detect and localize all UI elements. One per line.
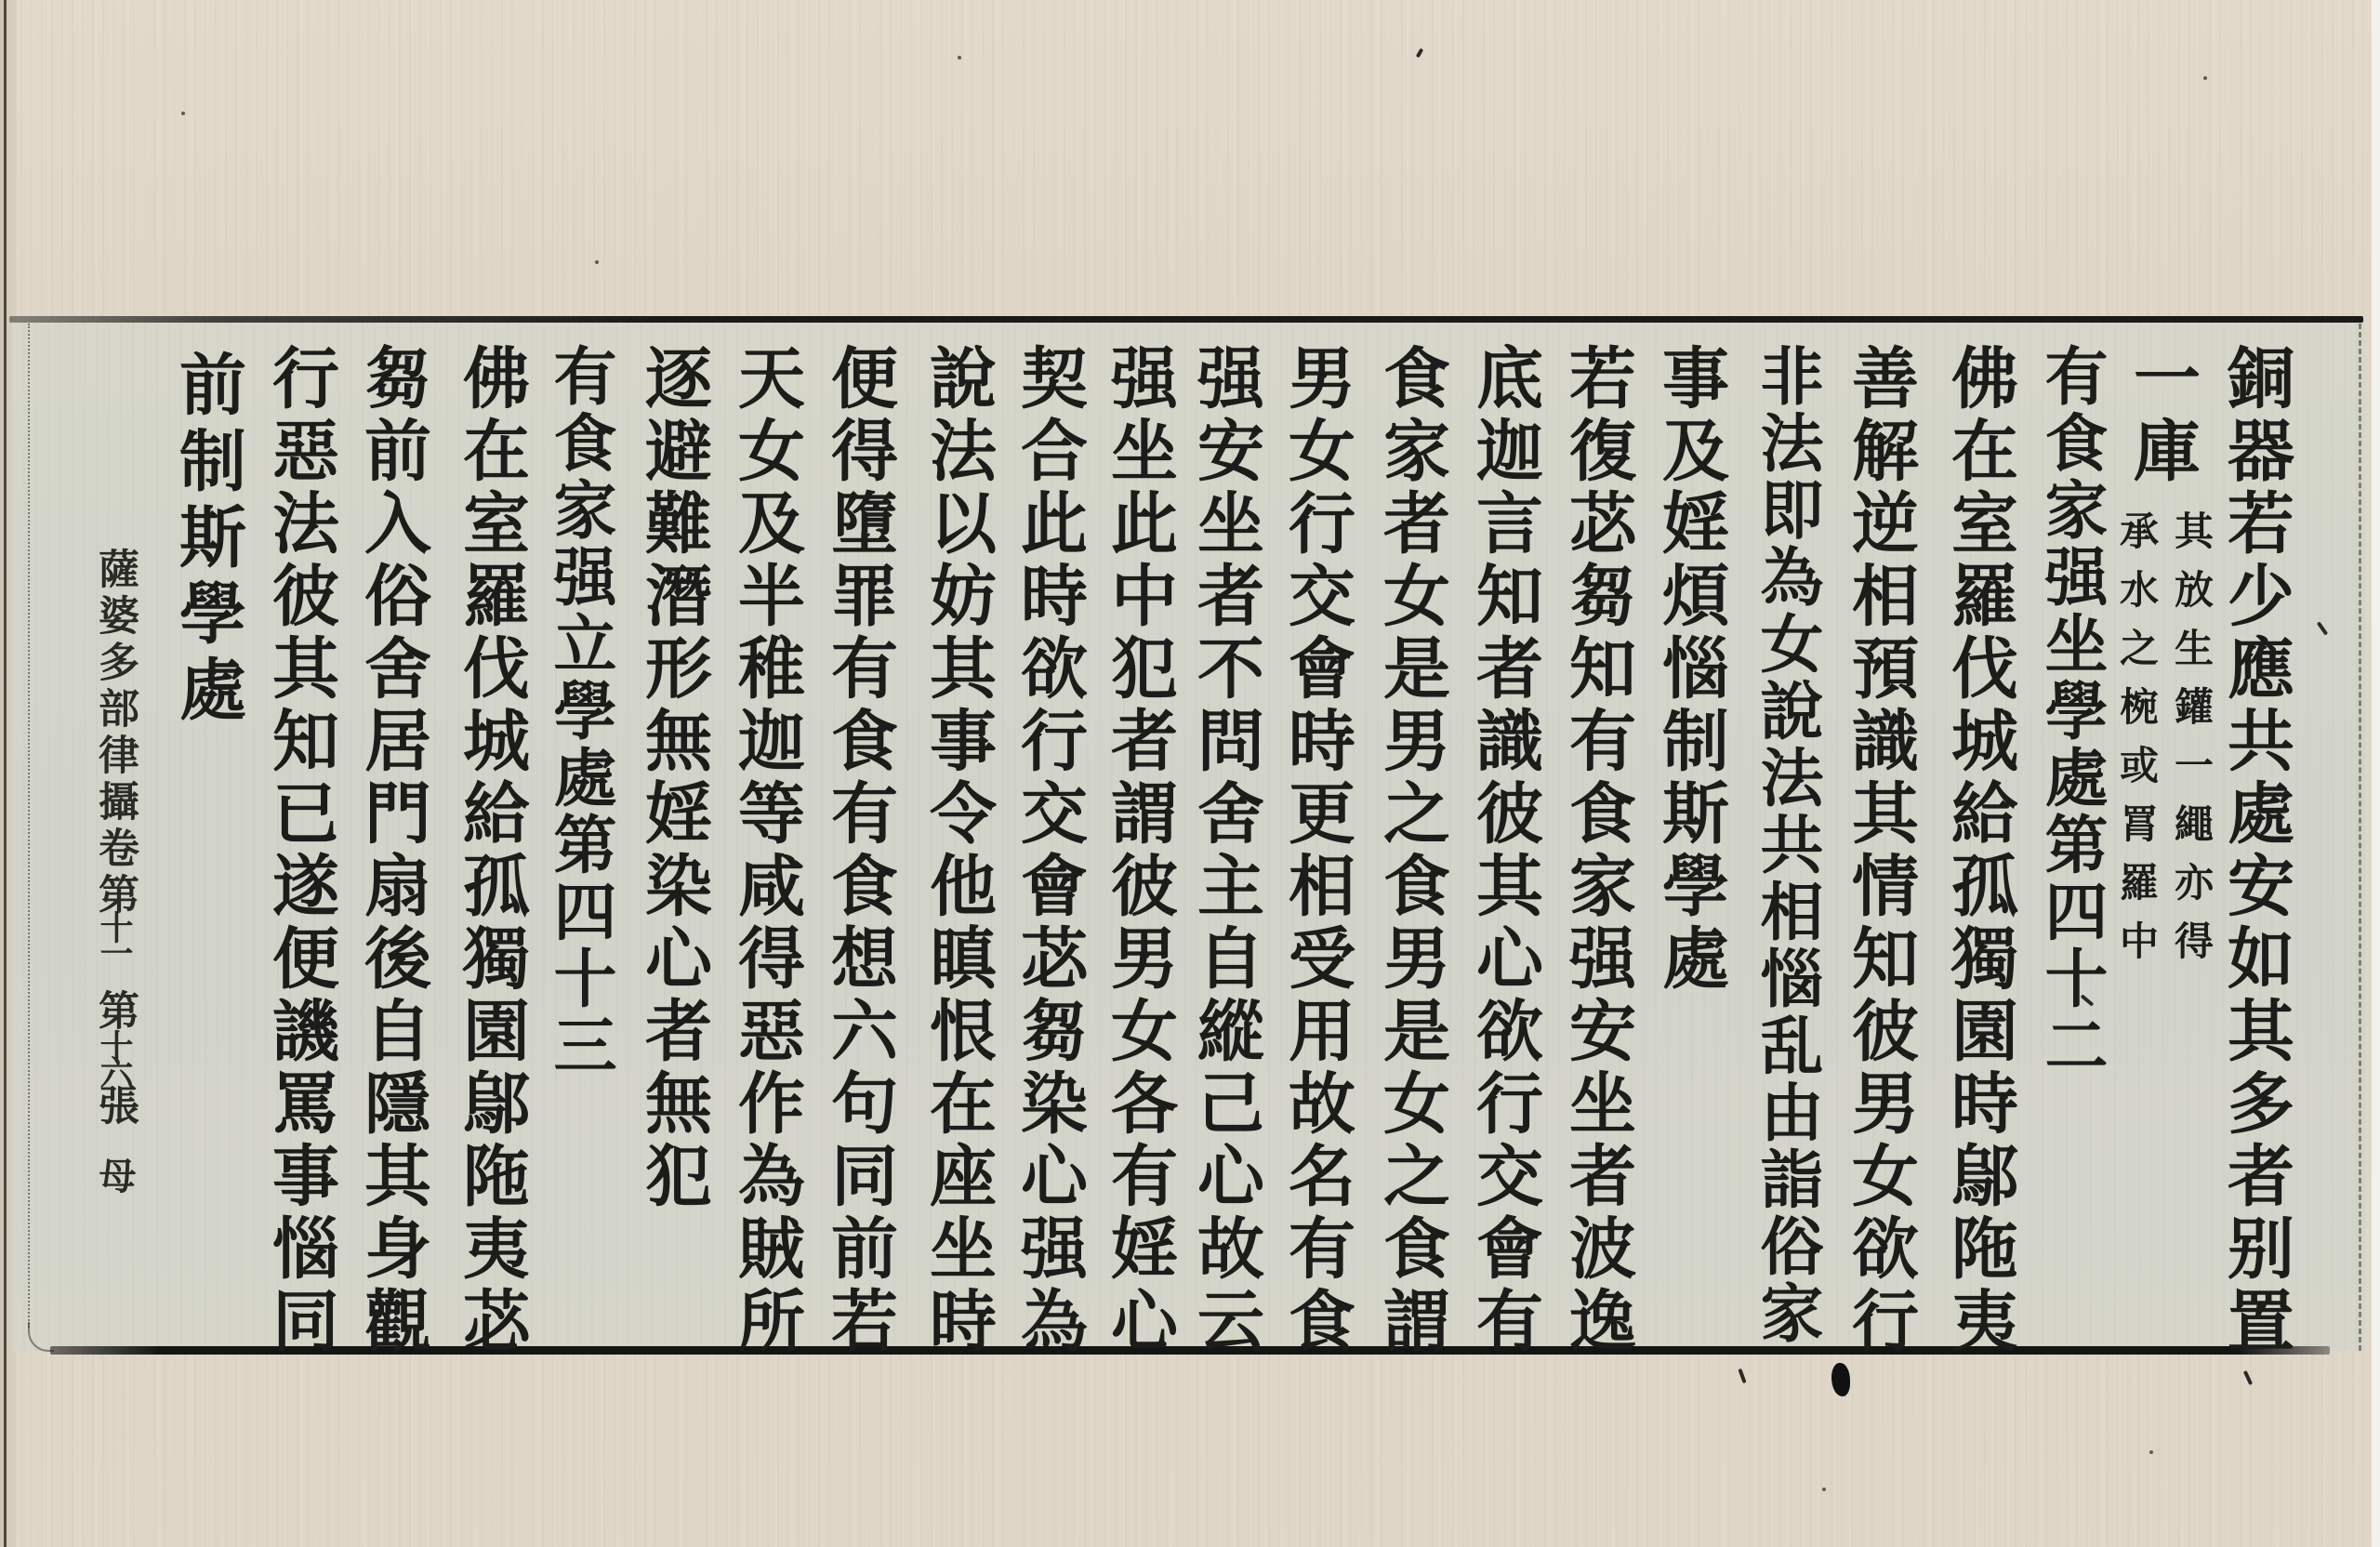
text-column-8: 若復苾芻知有食家强安坐者波逸 xyxy=(1555,343,1639,1358)
column-2-note-right: 其放生鑵一繩亦得 xyxy=(2168,510,2215,979)
text-column-15: 說法以妨其事令他瞋恨在座坐時 xyxy=(916,343,999,1358)
frame-left-border xyxy=(28,324,30,1328)
text-column-4: 佛在室羅伐城給孤獨園時鄔陁夷 xyxy=(1937,343,2021,1358)
paper-speck xyxy=(958,56,961,59)
paper-speck xyxy=(1822,1487,1826,1491)
text-column-20: 佛在室羅伐城給孤獨園鄔陁夷苾 xyxy=(449,343,533,1358)
text-column-13: 强坐此中犯者謂彼男女各有婬心 xyxy=(1097,343,1181,1358)
text-column-3-section-title: 有食家强坐學處第四十二 xyxy=(2030,343,2113,1079)
text-column-11: 男女行交會時更相受用故名有食 xyxy=(1275,343,1358,1358)
text-column-23: 前制斯學處 xyxy=(165,350,249,731)
ink-blot xyxy=(1831,1363,1850,1396)
text-column-14: 契合此時欲行交會苾芻染心强為 xyxy=(1007,343,1091,1358)
margin-note: 薩婆多部律攝卷第 十一 第 十六 張 母 xyxy=(84,539,149,1209)
page-edge-line xyxy=(4,0,7,1547)
text-column-17: 天女及半稚迦等咸得惡作為賊所 xyxy=(724,343,808,1358)
text-column-16: 便得墮罪有食有食想六句同前若 xyxy=(817,343,901,1358)
text-column-6: 非法即為女說法共相惱乱由詣俗家 xyxy=(1745,343,1829,1347)
margin-leaf-number: 十六 xyxy=(96,1029,133,1081)
text-column-1: 銅器若少應共處安如其多者别置 xyxy=(2214,343,2297,1358)
text-column-7: 事及婬煩惱制斯學處 xyxy=(1648,343,1732,996)
text-column-21: 芻前入俗舍居門扇後自隱其身觀 xyxy=(350,343,434,1358)
text-column-10: 食家者女是男之食男是女之食謂 xyxy=(1369,343,1453,1358)
text-column-22: 行惡法彼其知已遂便譏罵事惱同 xyxy=(258,343,342,1358)
text-column-12: 强安坐者不問舍主自縱己心故云 xyxy=(1183,343,1267,1358)
paper-speck xyxy=(181,112,185,115)
text-column-19-section-title: 有食家强立學處第四十三 xyxy=(538,343,622,1079)
paper-speck xyxy=(2149,1450,2153,1454)
text-column-5: 善解逆相預識其情知彼男女欲行 xyxy=(1838,343,1922,1358)
paper-speck xyxy=(2203,76,2207,80)
column-2-main-text: 一庫 xyxy=(2120,343,2203,488)
margin-volume-number: 十一 xyxy=(96,910,133,962)
text-column-9: 底迦言知者識彼其心欲行交會有 xyxy=(1462,343,1546,1358)
paper-speck xyxy=(595,260,599,264)
right-page-edge xyxy=(2372,0,2380,1547)
column-2-note-left: 承水之椀或罥羅中 xyxy=(2113,510,2160,979)
margin-carver-mark: 母 xyxy=(91,1157,138,1199)
margin-leaf-unit: 張 xyxy=(91,1084,138,1130)
frame-top-border xyxy=(9,316,2363,323)
frame-right-border xyxy=(2359,324,2361,1351)
text-column-2: 一庫 其放生鑵一繩亦得 承水之椀或罥羅中 xyxy=(2106,335,2217,985)
margin-title: 薩婆多部律攝卷第 xyxy=(91,548,138,919)
text-column-18: 逐避難潛形無婬染心者無犯 xyxy=(631,343,715,1213)
